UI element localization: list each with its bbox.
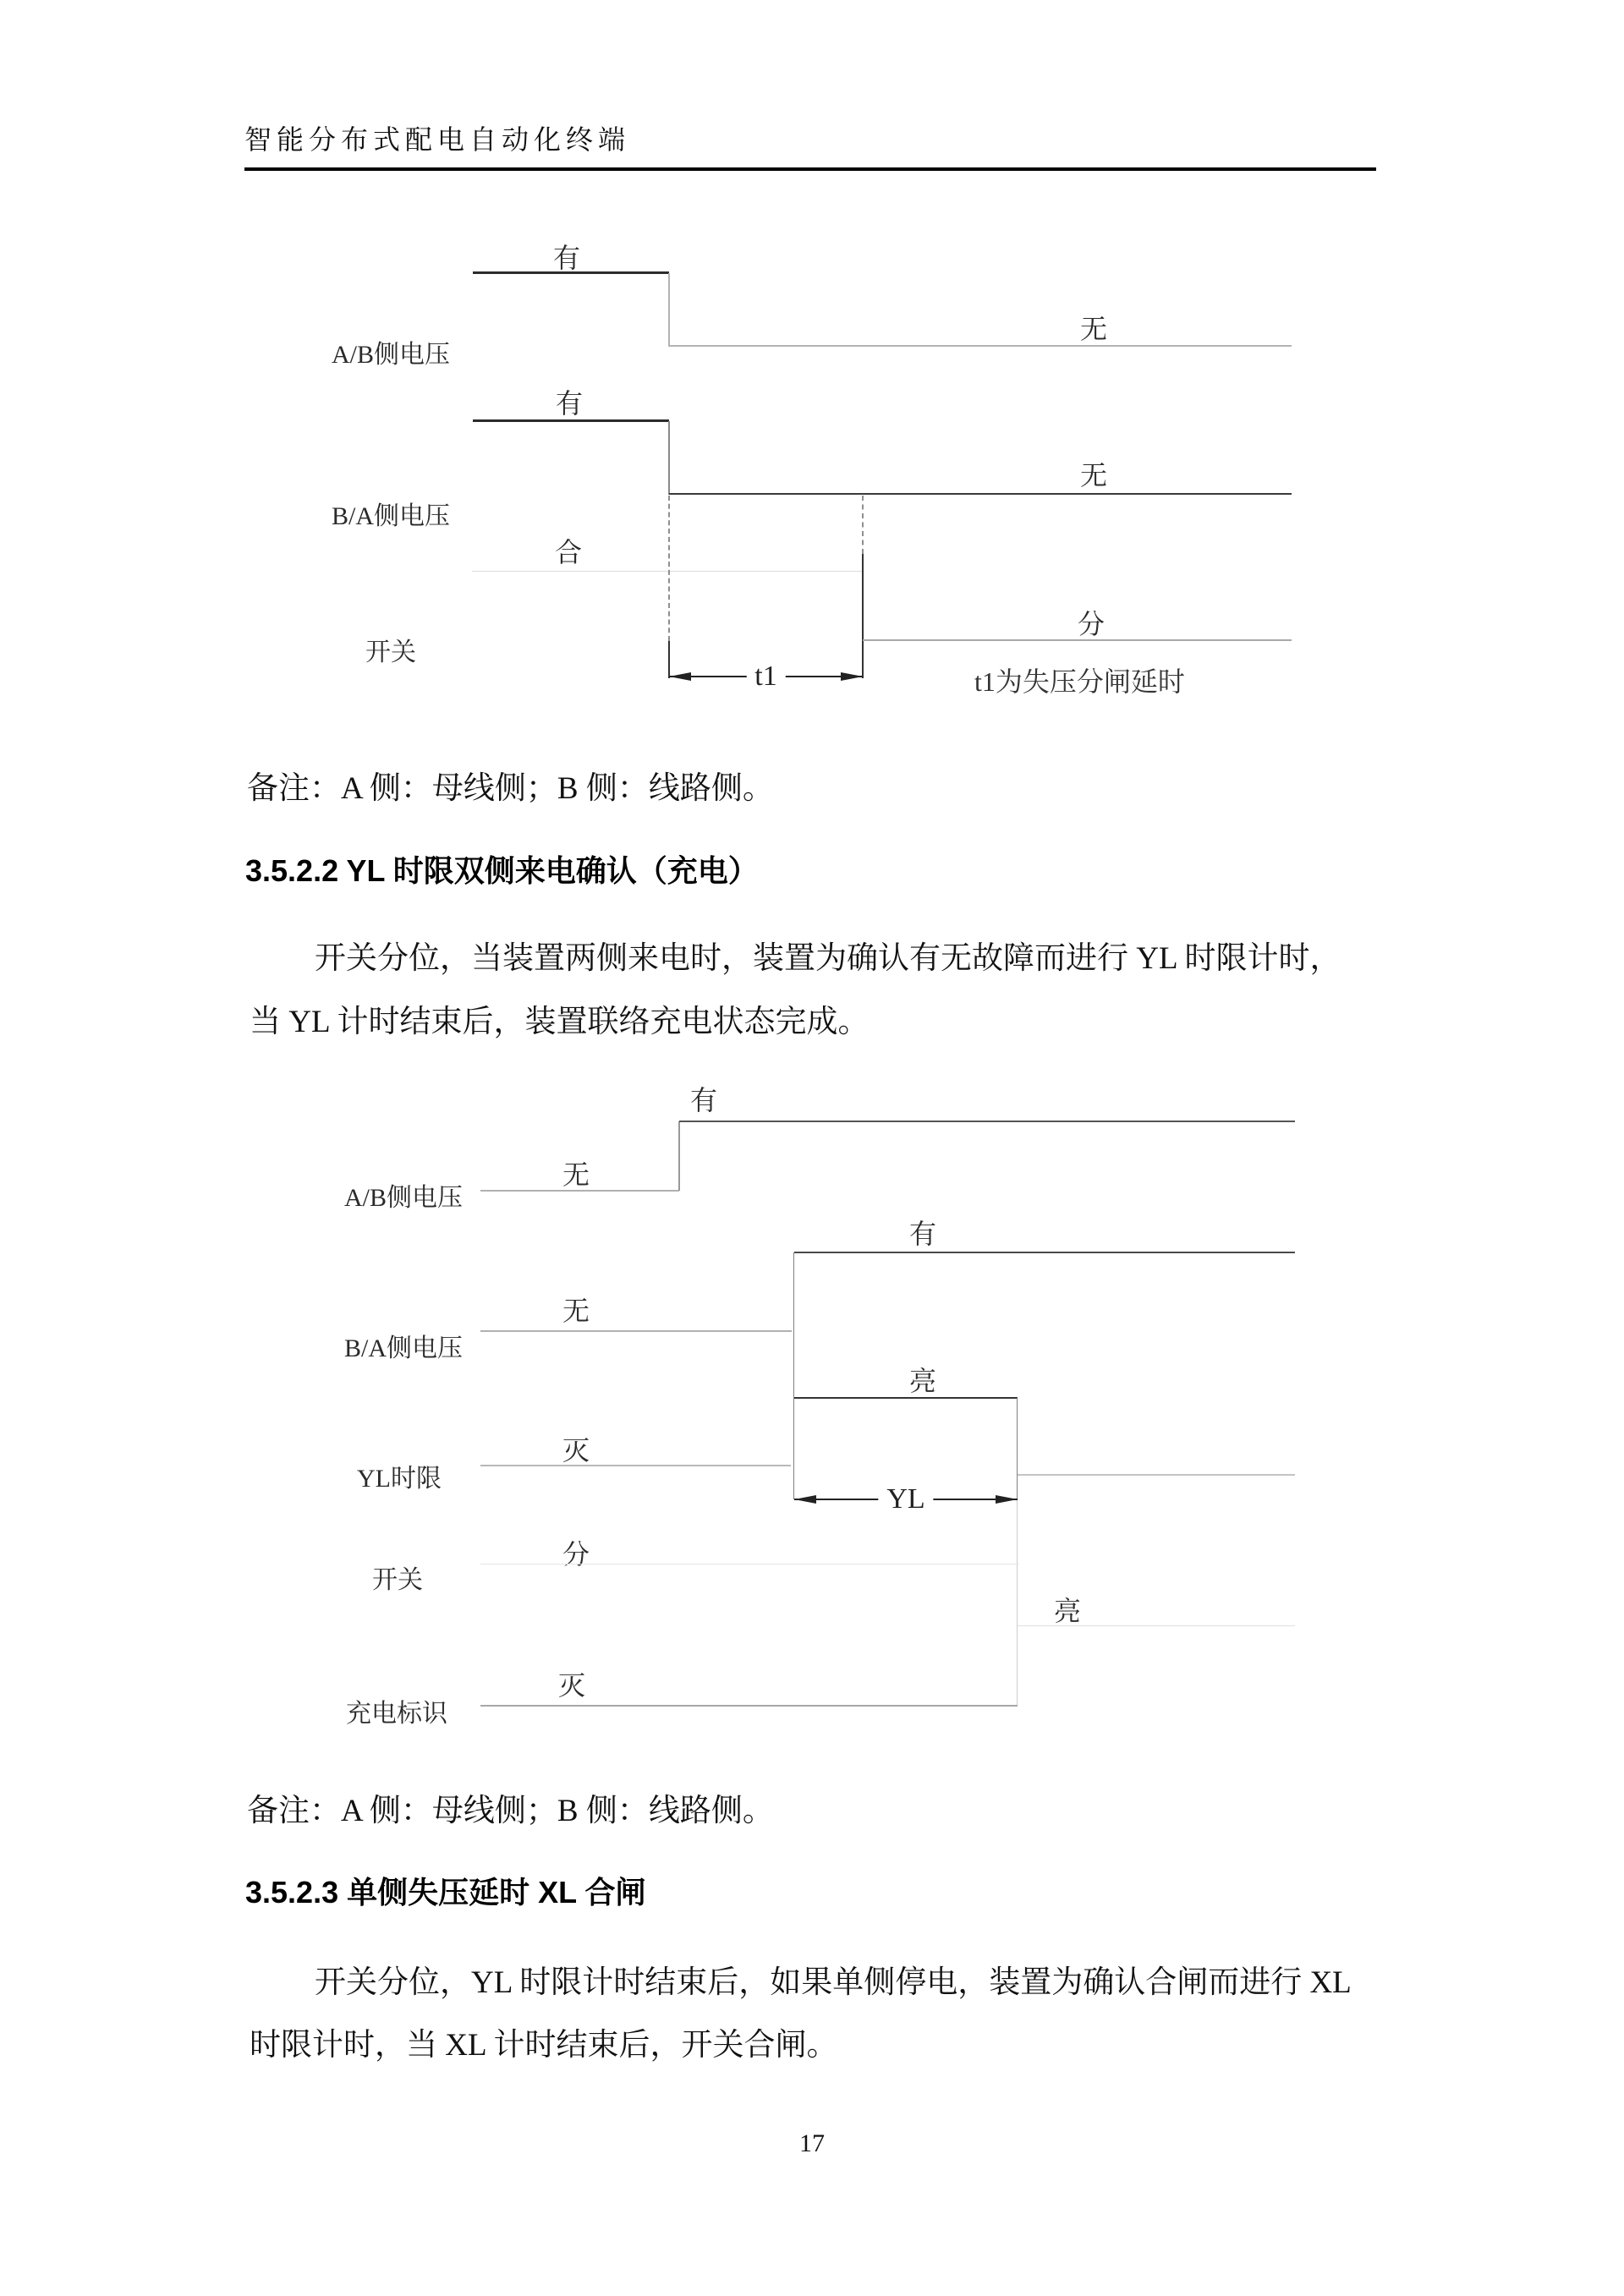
d1-state-ba-low: 无 xyxy=(1068,454,1119,493)
d2-state-yl-on: 亮 xyxy=(897,1360,948,1399)
d1-state-ab-high: 有 xyxy=(541,237,592,276)
note-1: 备注：A 侧：母线侧；B 侧：线路侧。 xyxy=(247,762,774,808)
page-header-title: 智能分布式配电自动化终端 xyxy=(244,118,630,157)
d1-sw-low-line xyxy=(863,639,1292,641)
d1-arrowhead-left-icon xyxy=(669,672,691,681)
d1-t1-label: t1 xyxy=(746,660,785,693)
d1-ab-fall-edge xyxy=(668,273,670,347)
d2-row-label-yl: YL时限 xyxy=(306,1457,492,1494)
d2-charge-on-line xyxy=(1018,1625,1295,1626)
d2-ba-low-line xyxy=(480,1330,792,1332)
heading-3-5-2-2: 3.5.2.2 YL 时限双侧来电确认（充电） xyxy=(245,847,759,890)
d2-state-ba-low: 无 xyxy=(551,1290,601,1329)
header-rule xyxy=(244,167,1376,171)
note-2: 备注：A 侧：母线侧；B 侧：线路侧。 xyxy=(247,1784,774,1830)
heading-3-5-2-3: 3.5.2.3 单侧失压延时 XL 合闸 xyxy=(245,1869,645,1912)
d1-arrowhead-right-icon xyxy=(841,672,863,681)
d1-ba-fall-edge xyxy=(668,421,670,495)
d2-yl-on-line xyxy=(794,1397,1018,1399)
d2-arrowhead-left-icon xyxy=(794,1495,816,1504)
d2-ba-rise-and-guide xyxy=(793,1252,794,1499)
para-3522-line1: 开关分位，当装置两侧来电时，装置为确认有无故障而进行 YL 时限计时， xyxy=(315,932,1341,978)
d1-t1-dimension-arrow: t1 xyxy=(669,676,863,677)
d1-state-ba-high: 有 xyxy=(544,382,595,421)
d2-yl-dimension-arrow: YL xyxy=(794,1499,1018,1500)
d2-ab-high-line xyxy=(679,1121,1295,1122)
d2-state-charge-off: 灭 xyxy=(546,1664,597,1703)
para-3522-line2: 当 YL 计时结束后，装置联络充电状态完成。 xyxy=(250,995,869,1041)
d1-ba-high-line xyxy=(473,419,669,422)
d1-row-label-ab: A/B侧电压 xyxy=(298,333,484,370)
d2-row-label-ba: B/A侧电压 xyxy=(310,1327,497,1364)
d1-ab-low-line xyxy=(669,345,1292,347)
d2-state-ba-high: 有 xyxy=(897,1213,948,1252)
para-3523-line1: 开关分位，YL 时限计时结束后，如果单侧停电，装置为确认合闸而进行 XL xyxy=(315,1956,1352,2002)
d2-yl-off-line-left xyxy=(480,1465,791,1466)
d1-state-sw-low: 分 xyxy=(1066,603,1116,642)
d2-state-charge-on: 亮 xyxy=(1042,1590,1093,1629)
d2-row-label-sw: 开关 xyxy=(304,1559,491,1596)
d2-state-sw-open: 分 xyxy=(551,1533,601,1572)
d2-charge-rise-guide xyxy=(1017,1499,1018,1706)
d1-ba-low-line xyxy=(669,493,1292,495)
d2-charge-off-line xyxy=(480,1705,1018,1707)
d2-state-ab-low: 无 xyxy=(551,1153,601,1192)
page-number: 17 xyxy=(761,2129,863,2158)
d2-yl-off-line-right xyxy=(1018,1474,1295,1476)
d2-yl-fall-edge xyxy=(1017,1398,1018,1499)
d2-state-yl-off: 灭 xyxy=(551,1429,601,1468)
d1-sw-high-line xyxy=(472,571,863,572)
d1-dashed-guide-left xyxy=(668,496,670,641)
d1-row-label-sw: 开关 xyxy=(298,631,484,668)
d1-row-label-ba: B/A侧电压 xyxy=(298,495,484,532)
d1-state-ab-low: 无 xyxy=(1068,308,1119,347)
d2-yl-label: YL xyxy=(878,1483,933,1515)
d1-state-sw-high: 合 xyxy=(543,531,594,570)
para-3523-line2: 时限计时，当 XL 计时结束后，开关合闸。 xyxy=(250,2019,837,2064)
d2-row-label-ab: A/B侧电压 xyxy=(310,1176,497,1214)
d2-row-label-charge: 充电标识 xyxy=(304,1692,490,1729)
d1-dashed-guide-right xyxy=(862,496,864,554)
d2-ab-low-line xyxy=(480,1190,679,1192)
document-page: 智能分布式配电自动化终端 A/B侧电压 B/A侧电压 开关 有 无 有 无 合 … xyxy=(0,0,1624,2296)
d2-arrowhead-right-icon xyxy=(996,1495,1018,1504)
d2-ba-high-line xyxy=(794,1252,1295,1253)
d1-t1-note: t1为失压分闸延时 xyxy=(974,660,1185,699)
d2-ab-rise-edge xyxy=(678,1121,680,1191)
d1-ab-high-line xyxy=(473,271,669,274)
d2-sw-open-line xyxy=(480,1564,1019,1564)
d2-state-ab-high: 有 xyxy=(678,1079,729,1118)
d1-sw-fall-edge xyxy=(862,554,864,678)
